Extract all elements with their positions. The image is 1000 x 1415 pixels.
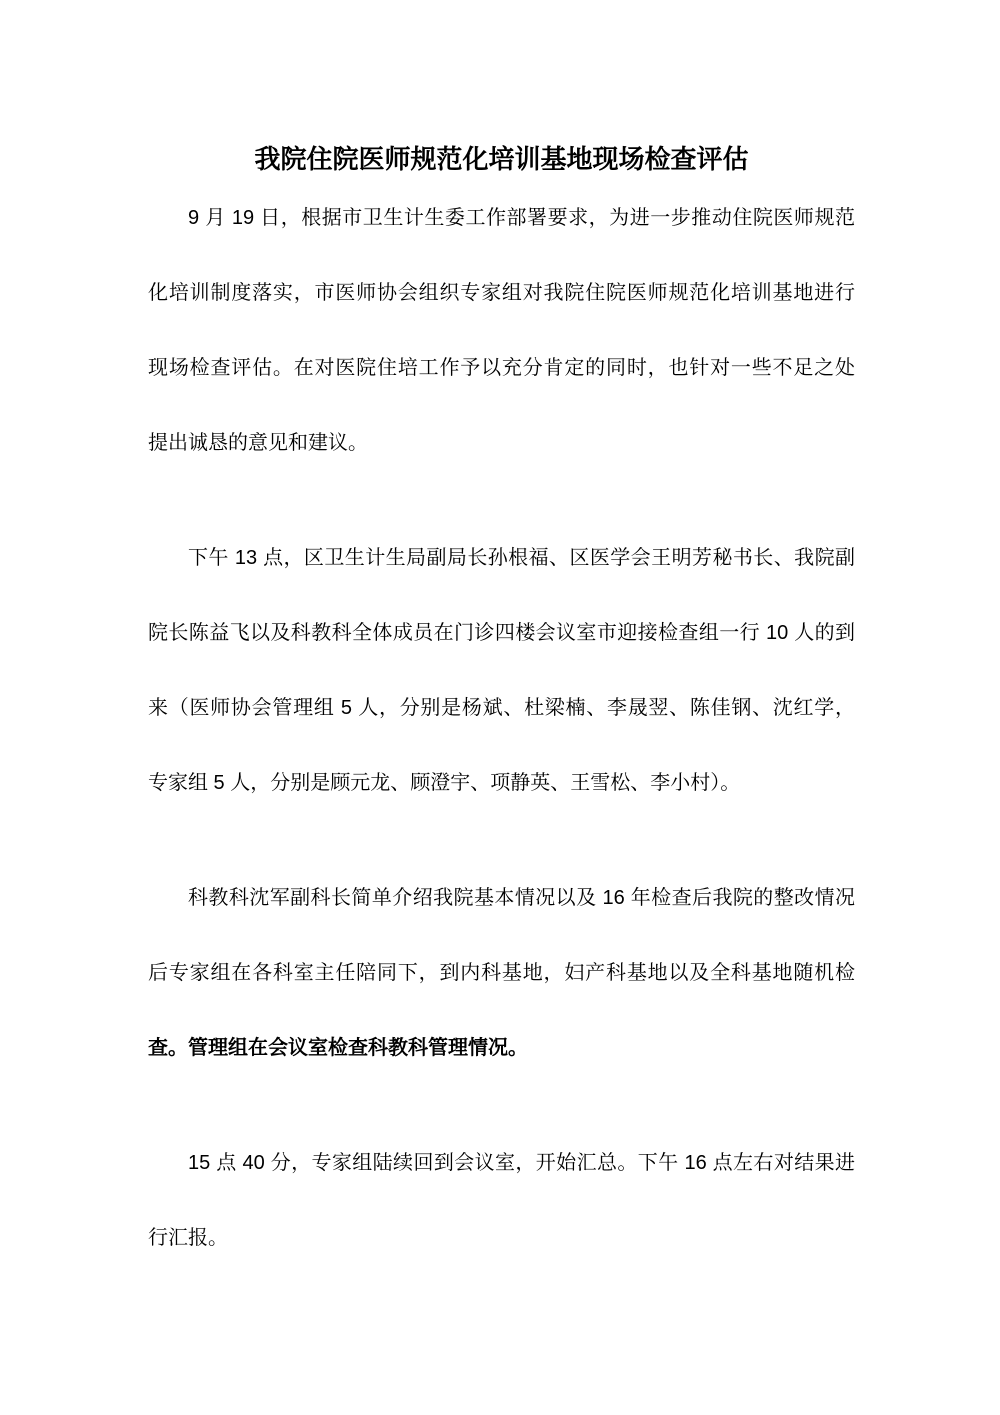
text-line: 9 月 19 日，根据市卫生计生委工作部署要求，为进一步推动住院医师规范	[148, 205, 855, 280]
text-line: 查。管理组在会议室检查科教科管理情况。	[148, 1035, 855, 1110]
paragraph: 下午 13 点，区卫生计生局副局长孙根福、区医学会王明芳秘书长、我院副院长陈益飞…	[148, 545, 855, 845]
document-page: 我院住院医师规范化培训基地现场检查评估 9 月 19 日，根据市卫生计生委工作部…	[0, 0, 1000, 1415]
text-line: 院长陈益飞以及科教科全体成员在门诊四楼会议室市迎接检查组一行 10 人的到	[148, 620, 855, 695]
text-line: 后专家组在各科室主任陪同下，到内科基地，妇产科基地以及全科基地随机检	[148, 960, 855, 1035]
text-line: 来（医师协会管理组 5 人，分别是杨斌、杜梁楠、李晟翌、陈佳钢、沈红学，	[148, 695, 855, 770]
text-line: 行汇报。	[148, 1225, 855, 1300]
text-line: 提出诚恳的意见和建议。	[148, 430, 855, 505]
paragraph: 科教科沈军副科长简单介绍我院基本情况以及 16 年检查后我院的整改情况后专家组在…	[148, 885, 855, 1110]
text-line: 专家组 5 人，分别是顾元龙、顾澄宇、项静英、王雪松、李小村）。	[148, 770, 855, 845]
paragraph: 15 点 40 分，专家组陆续回到会议室，开始汇总。下午 16 点左右对结果进行…	[148, 1150, 855, 1300]
document-title: 我院住院医师规范化培训基地现场检查评估	[148, 143, 855, 176]
text-line: 下午 13 点，区卫生计生局副局长孙根福、区医学会王明芳秘书长、我院副	[148, 545, 855, 620]
text-line: 科教科沈军副科长简单介绍我院基本情况以及 16 年检查后我院的整改情况	[148, 885, 855, 960]
text-line: 化培训制度落实，市医师协会组织专家组对我院住院医师规范化培训基地进行	[148, 280, 855, 355]
text-line: 15 点 40 分，专家组陆续回到会议室，开始汇总。下午 16 点左右对结果进	[148, 1150, 855, 1225]
paragraph: 9 月 19 日，根据市卫生计生委工作部署要求，为进一步推动住院医师规范化培训制…	[148, 205, 855, 505]
document-body: 9 月 19 日，根据市卫生计生委工作部署要求，为进一步推动住院医师规范化培训制…	[148, 205, 855, 1300]
text-line: 现场检查评估。在对医院住培工作予以充分肯定的同时，也针对一些不足之处	[148, 355, 855, 430]
